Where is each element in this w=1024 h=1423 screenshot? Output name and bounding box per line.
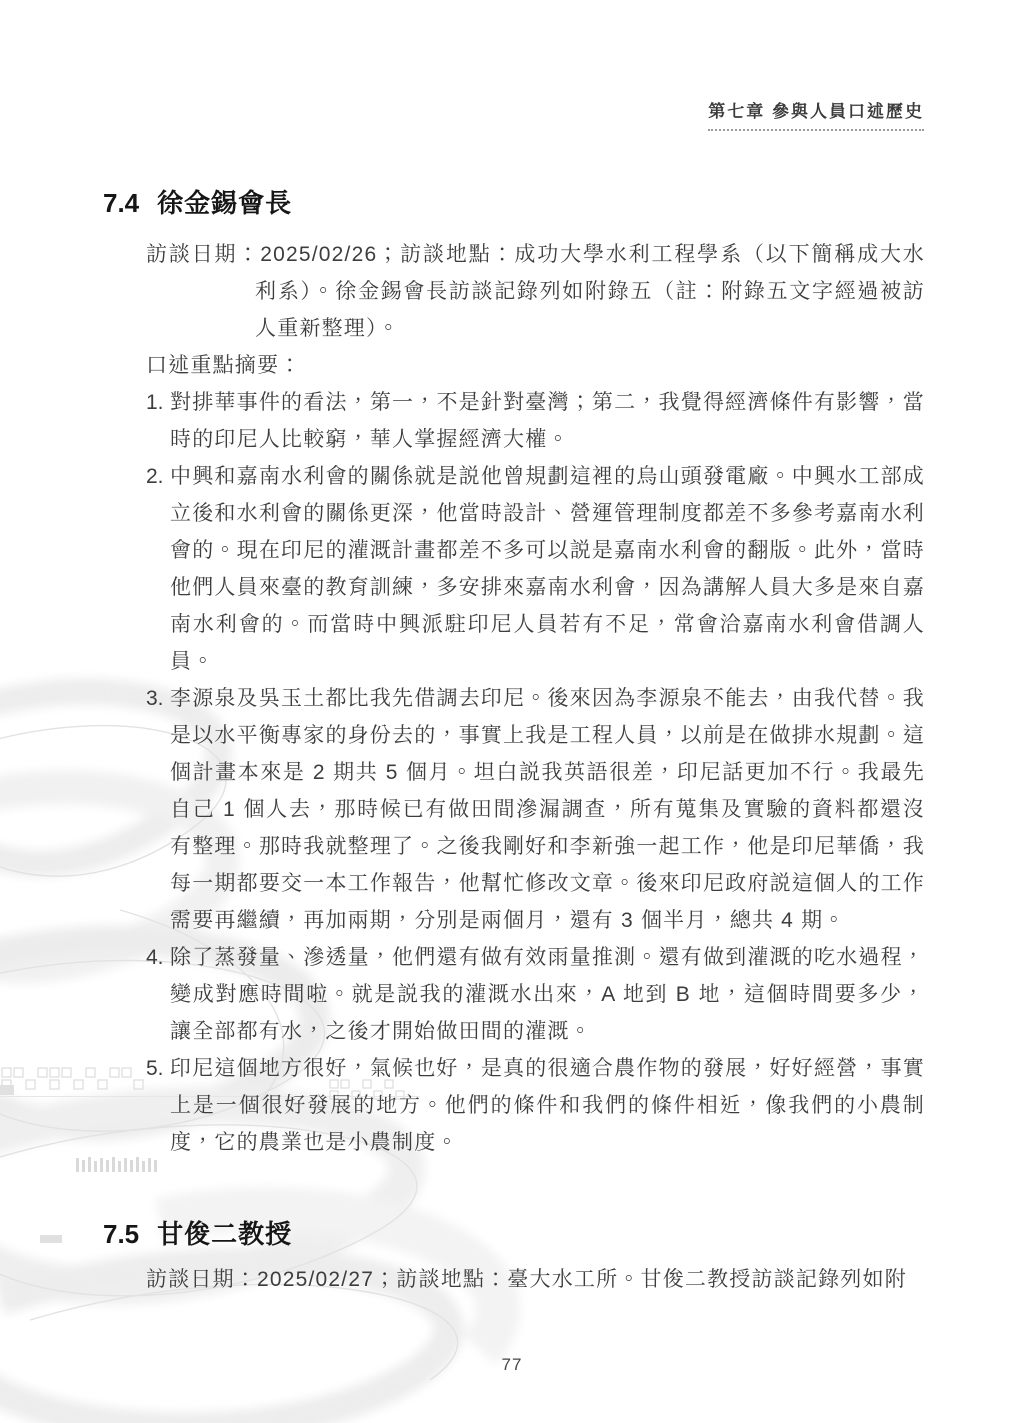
list-item-number: 1. <box>146 384 164 421</box>
running-header-chapter: 第七章 參與人員口述歷史 <box>708 97 924 131</box>
interview-info-paragraph: 訪談日期：2025/02/26；訪談地點：成功大學水利工程學系（以下簡稱成大水利… <box>146 236 925 347</box>
list-item: 2. 中興和嘉南水利會的關係就是説他曾規劃這裡的烏山頭發電廠。中興水工部成立後和… <box>170 458 925 680</box>
section-number: 7.4 <box>103 188 139 218</box>
list-item: 1. 對排華事件的看法，第一，不是針對臺灣；第二，我覺得經濟條件有影響，當時的印… <box>170 384 925 458</box>
page-number: 77 <box>0 1355 1024 1375</box>
list-item-number: 4. <box>146 939 164 976</box>
section-heading-7-4: 7.4徐金錫會長 <box>103 183 292 220</box>
summary-label: 口述重點摘要： <box>146 347 925 384</box>
section-title: 甘俊二教授 <box>157 1219 292 1249</box>
list-item-text: 對排華事件的看法，第一，不是針對臺灣；第二，我覺得經濟條件有影響，當時的印尼人比… <box>170 391 925 451</box>
list-item-number: 5. <box>146 1050 164 1087</box>
document-page: 第七章 參與人員口述歷史 7.4徐金錫會長 訪談日期：2025/02/26；訪談… <box>0 0 1024 1423</box>
list-item-text: 李源泉及吳玉土都比我先借調去印尼。後來因為李源泉不能去，由我代替。我是以水平衡專… <box>170 687 925 932</box>
list-item-number: 3. <box>146 680 164 717</box>
list-item: 5. 印尼這個地方很好，氣候也好，是真的很適合農作物的發展，好好經營，事實上是一… <box>170 1050 925 1161</box>
section-7-4-body: 訪談日期：2025/02/26；訪談地點：成功大學水利工程學系（以下簡稱成大水利… <box>146 236 925 1161</box>
list-item-text: 中興和嘉南水利會的關係就是説他曾規劃這裡的烏山頭發電廠。中興水工部成立後和水利會… <box>170 465 925 673</box>
list-item-text: 除了蒸發量、滲透量，他們還有做有效雨量推測。還有做到灌溉的吃水過程，變成對應時間… <box>170 946 925 1043</box>
list-item-text: 印尼這個地方很好，氣候也好，是真的很適合農作物的發展，好好經營，事實上是一個很好… <box>170 1057 925 1154</box>
list-item: 4. 除了蒸發量、滲透量，他們還有做有效雨量推測。還有做到灌溉的吃水過程，變成對… <box>170 939 925 1050</box>
list-item-number: 2. <box>146 458 164 495</box>
section-7-5-body: 訪談日期：2025/02/27；訪談地點：臺大水工所。甘俊二教授訪談記錄列如附 <box>146 1261 925 1298</box>
section-number: 7.5 <box>103 1219 139 1249</box>
interview-info-paragraph: 訪談日期：2025/02/27；訪談地點：臺大水工所。甘俊二教授訪談記錄列如附 <box>146 1261 925 1298</box>
summary-points-list: 1. 對排華事件的看法，第一，不是針對臺灣；第二，我覺得經濟條件有影響，當時的印… <box>146 384 925 1161</box>
list-item: 3. 李源泉及吳玉土都比我先借調去印尼。後來因為李源泉不能去，由我代替。我是以水… <box>170 680 925 939</box>
section-heading-7-5: 7.5甘俊二教授 <box>103 1214 292 1251</box>
section-title: 徐金錫會長 <box>157 188 292 218</box>
